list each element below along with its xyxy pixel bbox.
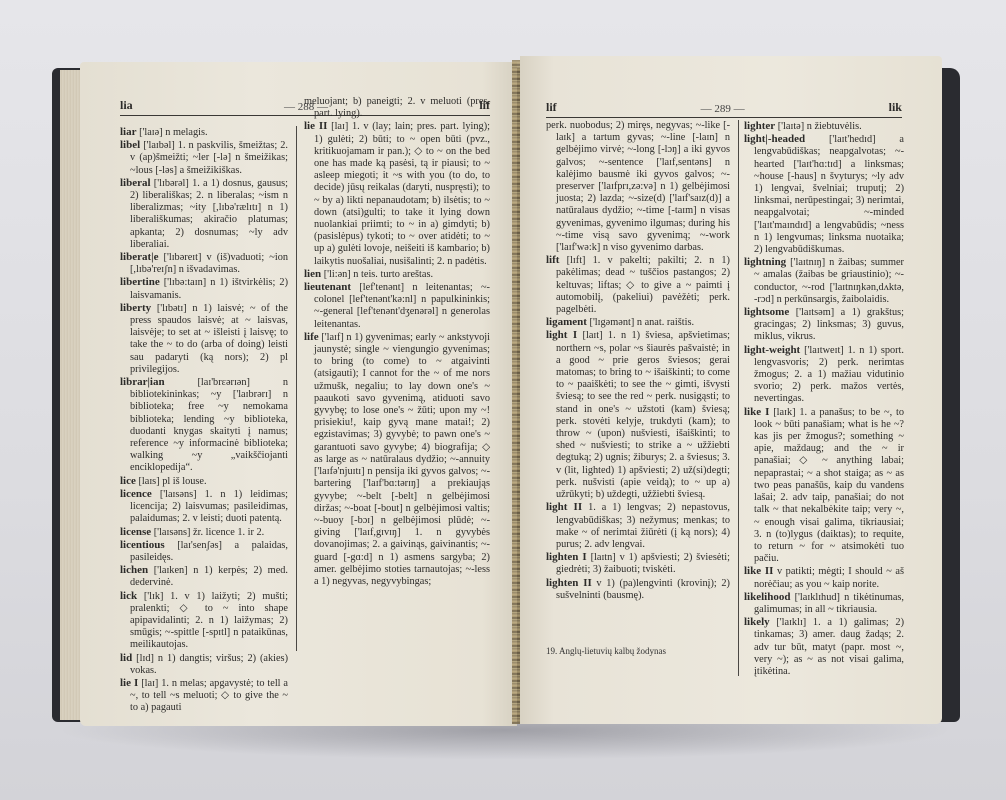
definition: [lɪd] n 1) dangtis; viršus; 2) (akies) v…	[130, 653, 288, 676]
headword: lie I	[120, 677, 138, 689]
definition: [laɪ] 1. v (lay; lain; pres. part. lying…	[314, 121, 490, 266]
dictionary-entry: liar ['laɪə] n melagis.	[120, 126, 288, 139]
headword: liberty	[120, 302, 151, 314]
guide-word-right: lik	[889, 100, 902, 115]
definition: ['lɪbərəl] 1. a 1) dosnus, gausus; 2) li…	[130, 178, 288, 250]
dictionary-entry: lighten I [laɪtn] v 1) apšviesti; 2) švi…	[546, 551, 730, 576]
headword: lieutenant	[304, 281, 351, 293]
headword: light I	[546, 329, 577, 341]
dictionary-entry: lie II [laɪ] 1. v (lay; lain; pres. part…	[304, 120, 490, 267]
definition: ['laɪə] n melagis.	[137, 127, 208, 138]
dictionary-entry: light-weight ['laɪtweɪt] 1. n 1) sport. …	[744, 344, 904, 406]
definition: ['li:ən] n teis. turto areštas.	[321, 269, 433, 280]
definition: ['laɪsəns] 1. n 1) leidimas; licencija; …	[130, 489, 288, 524]
definition: perk. nuobodus; 2) miręs, negyvas; ~-lik…	[546, 120, 730, 253]
definition: ['lɪk] 1. v 1) laižyti; 2) mušti; pralen…	[130, 591, 288, 651]
headword: light-weight	[744, 344, 800, 356]
right-page: lif — 289 — lik perk. nuobodus; 2) miręs…	[520, 56, 942, 724]
dictionary-entry: licentious [laɪ'senʃəs] a palaidas, pasi…	[120, 539, 288, 564]
dictionary-entry: licence ['laɪsəns] 1. n 1) leidimas; lic…	[120, 488, 288, 526]
headword: lien	[304, 268, 321, 280]
dictionary-entry: libertine ['lɪbə:taɪn] n 1) ištvirkėlis;…	[120, 276, 288, 301]
headword: licence	[120, 488, 152, 500]
definition: [lɪft] 1. v pakelti; pakilti; 2. n 1) pa…	[556, 255, 730, 315]
headword: lick	[120, 590, 137, 602]
left-page: lia — 288 — lif liar ['laɪə] n melagis.l…	[80, 62, 517, 726]
headword: lighter	[744, 120, 775, 132]
dictionary-entry: lid [lɪd] n 1) dangtis; viršus; 2) (akie…	[120, 652, 288, 677]
running-head: lif — 289 — lik	[546, 100, 902, 118]
headword: ligament	[546, 316, 587, 328]
dictionary-entry: ligament ['lɪgəmənt] n anat. raištis.	[546, 316, 730, 329]
headword: liar	[120, 126, 137, 138]
headword: light II	[546, 501, 582, 513]
dictionary-entry: liberty ['lɪbətɪ] n 1) laisvė; ~ of the …	[120, 302, 288, 376]
dictionary-entry: light I [laɪt] 1. n 1) šviesa, apšvietim…	[546, 329, 730, 501]
definition: [laɪ] 1. n melas; apgavystė; to tell a ~…	[130, 678, 288, 713]
definition: v patikti; mėgti; I should ~ aš norėčiau…	[754, 566, 904, 589]
dictionary-entry: life ['laɪf] n 1) gyvenimas; early ~ ank…	[304, 331, 490, 588]
definition: 1. a 1) lengvas; 2) nepastovus, lengvabū…	[556, 502, 730, 550]
headword: lift	[546, 254, 559, 266]
definition: ['laɪken] n 1) kerpės; 2) med. dedervinė…	[130, 565, 288, 588]
column-divider	[738, 120, 739, 676]
headword: lichen	[120, 564, 148, 576]
headword: librar|ian	[120, 376, 165, 388]
dictionary-entry: libel ['laɪbəl] 1. n paskvilis, šmeižtas…	[120, 139, 288, 177]
column-2: lighter ['laɪtə] n žiebtuvėlis.light|-he…	[744, 120, 904, 678]
headword: likely	[744, 616, 770, 628]
headword: lighten II	[546, 577, 592, 589]
dictionary-entry: lighten II v 1) (pa)lengvinti (krovinį);…	[546, 577, 730, 602]
dictionary-entry: like II v patikti; mėgti; I should ~ aš …	[744, 565, 904, 590]
definition: ['lɪbətɪ] n 1) laisvė; ~ of the press sp…	[130, 303, 288, 375]
page-footer: 19. Anglų-lietuvių kalbų žodynas	[546, 646, 666, 656]
definition: ['laɪt'hedɪd] a lengvabūdiškas; neapgalv…	[754, 134, 904, 255]
headword: lighten I	[546, 551, 587, 563]
headword: like I	[744, 406, 769, 418]
headword: lid	[120, 652, 132, 664]
dictionary-entry: perk. nuobodus; 2) miręs, negyvas; ~-lik…	[546, 120, 730, 254]
dictionary-entry: liberat|e ['lɪbəreɪt] v (iš)vaduoti; ~io…	[120, 251, 288, 276]
definition: ['laɪklɪ] 1. a 1) galimas; 2) tinkamas; …	[754, 617, 904, 677]
dictionary-entry: lift [lɪft] 1. v pakelti; pakilti; 2. n …	[546, 254, 730, 316]
dictionary-entry: librar|ian [laɪ'brɛərɪən] n bibliotekini…	[120, 376, 288, 475]
headword: license	[120, 526, 151, 538]
dictionary-entry: light|-headed ['laɪt'hedɪd] a lengvabūdi…	[744, 133, 904, 256]
dictionary-entry: like I [laɪk] 1. a panašus; to be ~, to …	[744, 406, 904, 566]
column-2: meluojant; b) paneigti; 2. v meluoti (pr…	[304, 96, 490, 588]
dictionary-entry: likelihood ['laɪklɪhud] n tikėtinumas, g…	[744, 591, 904, 616]
definition: [laɪs] pl iš louse.	[136, 476, 207, 487]
headword: liberal	[120, 177, 151, 189]
dictionary-entry: lightsome ['laɪtsəm] a 1) grakštus; grac…	[744, 306, 904, 344]
dictionary-entry: license ['laɪsəns] žr. licence 1. ir 2.	[120, 526, 288, 539]
headword: lie II	[304, 120, 327, 132]
definition: ['laɪbəl] 1. n paskvilis, šmeižtas; 2. v…	[130, 140, 288, 175]
headword: light|-headed	[744, 133, 805, 145]
headword: libertine	[120, 276, 160, 288]
definition: [laɪ'brɛərɪən] n bibliotekininkas; ~y ['…	[130, 377, 288, 473]
headword: lightning	[744, 256, 786, 268]
dictionary-entry: light II 1. a 1) lengvas; 2) nepastovus,…	[546, 501, 730, 551]
column-divider	[296, 126, 297, 651]
definition: ['laɪtə] n žiebtuvėlis.	[775, 121, 862, 132]
dictionary-entry: lick ['lɪk] 1. v 1) laižyti; 2) mušti; p…	[120, 590, 288, 652]
definition: ['laɪsəns] žr. licence 1. ir 2.	[151, 527, 264, 538]
definition: [laɪk] 1. a panašus; to be ~, to look ~ …	[754, 407, 904, 564]
headword: licentious	[120, 539, 165, 551]
headword: libel	[120, 139, 140, 151]
headword: likelihood	[744, 591, 790, 603]
dictionary-entry: lice [laɪs] pl iš louse.	[120, 475, 288, 488]
headword: like II	[744, 565, 773, 577]
dictionary-entry: meluojant; b) paneigti; 2. v meluoti (pr…	[304, 96, 490, 120]
guide-word-left: lia	[120, 98, 133, 113]
dictionary-entry: lightning ['laɪtnɪŋ] n žaibas; summer ~ …	[744, 256, 904, 306]
guide-word-left: lif	[546, 100, 557, 115]
definition: meluojant; b) paneigti; 2. v meluoti (pr…	[304, 96, 490, 119]
definition: ['lɪgəmənt] n anat. raištis.	[587, 317, 694, 328]
headword: lice	[120, 475, 136, 487]
headword: liberat|e	[120, 251, 158, 263]
dictionary-entry: lichen ['laɪken] n 1) kerpės; 2) med. de…	[120, 564, 288, 589]
dictionary-entry: liberal ['lɪbərəl] 1. a 1) dosnus, gausu…	[120, 177, 288, 251]
definition: [laɪt] 1. n 1) šviesa, apšvietimas; nort…	[556, 330, 730, 500]
headword: life	[304, 331, 319, 343]
dictionary-entry: lighter ['laɪtə] n žiebtuvėlis.	[744, 120, 904, 133]
dictionary-entry: lieutenant [lef'tenənt] n leitenantas; ~…	[304, 281, 490, 331]
dictionary-entry: lien ['li:ən] n teis. turto areštas.	[304, 268, 490, 281]
dictionary-entry: lie I [laɪ] 1. n melas; apgavystė; to te…	[120, 677, 288, 715]
column-1: liar ['laɪə] n melagis.libel ['laɪbəl] 1…	[120, 126, 288, 715]
page-number: — 289 —	[701, 103, 745, 115]
column-1: perk. nuobodus; 2) miręs, negyvas; ~-lik…	[546, 120, 730, 602]
dictionary-entry: likely ['laɪklɪ] 1. a 1) galimas; 2) tin…	[744, 616, 904, 678]
headword: lightsome	[744, 306, 789, 318]
definition: ['laɪf] n 1) gyvenimas; early ~ ankstyvo…	[314, 332, 490, 587]
